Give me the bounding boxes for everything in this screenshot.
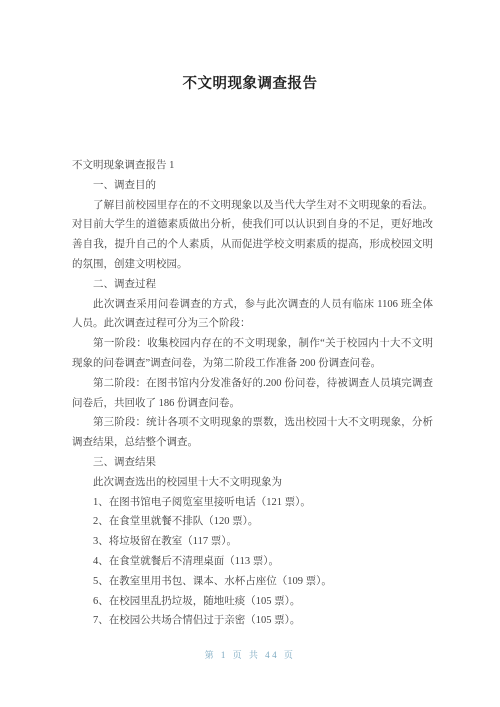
stage-2-paragraph: 第二阶段：在图书馆内分发准备好的.200 份问卷，待被调查人员填完调查问卷后，共… [72, 374, 433, 414]
page-number: 第 1 页 共 44 页 [0, 648, 500, 661]
results-intro: 此次调查选出的校园里十大不文明现象为 [72, 473, 433, 493]
result-item-5: 5、在教室里用书包、课本、水杯占座位（109 票）。 [72, 572, 433, 592]
document-page: 不文明现象调查报告 不文明现象调查报告 1 一、调查目的 了解目前校园里存在的不… [0, 0, 500, 707]
result-item-1: 1、在图书馆电子阅览室里接听电话（121 票）。 [72, 493, 433, 513]
stage-1-paragraph: 第一阶段：收集校园内存在的不文明现象，制作“关于校园内十大不文明现象的问卷调查”… [72, 334, 433, 374]
document-body: 不文明现象调查报告 1 一、调查目的 了解目前校园里存在的不文明现象以及当代大学… [72, 156, 433, 631]
document-title: 不文明现象调查报告 [0, 72, 500, 93]
section-3-heading: 三、调查结果 [72, 453, 433, 473]
result-item-2: 2、在食堂里就餐不排队（120 票）。 [72, 512, 433, 532]
result-item-6: 6、在校园里乱扔垃圾，随地吐痰（105 票）。 [72, 592, 433, 612]
section-2-heading: 二、调查过程 [72, 275, 433, 295]
section-1-paragraph: 了解目前校园里存在的不文明现象以及当代大学生对不文明现象的看法。对目前大学生的道… [72, 196, 433, 275]
section-1-heading: 一、调查目的 [72, 176, 433, 196]
stage-3-paragraph: 第三阶段：统计各项不文明现象的票数，选出校园十大不文明现象，分析调查结果，总结整… [72, 413, 433, 453]
report-heading: 不文明现象调查报告 1 [72, 156, 433, 176]
result-item-4: 4、在食堂就餐后不清理桌面（113 票）。 [72, 552, 433, 572]
section-2-paragraph: 此次调查采用问卷调查的方式，参与此次调查的人员有临床 1106 班全体人员。此次… [72, 295, 433, 335]
result-item-3: 3、将垃圾留在教室（117 票）。 [72, 532, 433, 552]
result-item-7: 7、在校园公共场合情侣过于亲密（105 票）。 [72, 611, 433, 631]
